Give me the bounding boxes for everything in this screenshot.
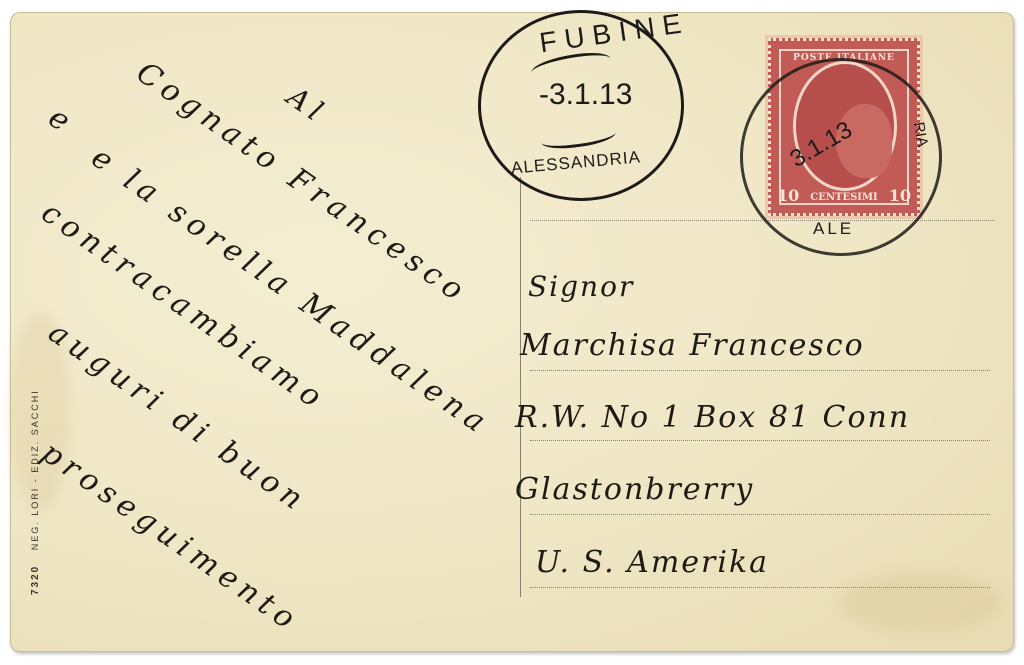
address-salutation: Signor [528, 270, 634, 303]
postmark-ornament-bottom [540, 123, 617, 152]
address-country: U. S. Amerika [535, 545, 769, 580]
center-divider-line [520, 177, 521, 597]
postmark-over-stamp-trailing: RIA [910, 121, 931, 149]
address-line-5 [530, 587, 990, 588]
address-name: Marchisa Francesco [520, 328, 865, 363]
publisher-imprint: 7320 NEG. LORI - EDIZ. SACCHI [30, 389, 41, 595]
postmark-province: ALESSANDRIA [510, 147, 641, 178]
postmark-date: -3.1.13 [539, 78, 632, 112]
postmark-over-stamp: 3.1.13 ALE RIA [740, 58, 942, 256]
imprint-number: 7320 [30, 565, 41, 595]
water-stain [840, 572, 1000, 632]
address-line-4 [530, 514, 990, 515]
postmark-fubine: FUBINE -3.1.13 ALESSANDRIA [478, 10, 684, 201]
address-street: R.W. No 1 Box 81 Conn [515, 400, 910, 435]
postmark-over-stamp-province: ALE [813, 219, 854, 239]
imprint-text: NEG. LORI - EDIZ. SACCHI [30, 389, 40, 550]
address-line-3 [530, 440, 990, 441]
postmark-over-stamp-date: 3.1.13 [785, 116, 857, 174]
address-line-2 [530, 370, 990, 371]
address-city: Glastonbrerry [515, 472, 754, 507]
